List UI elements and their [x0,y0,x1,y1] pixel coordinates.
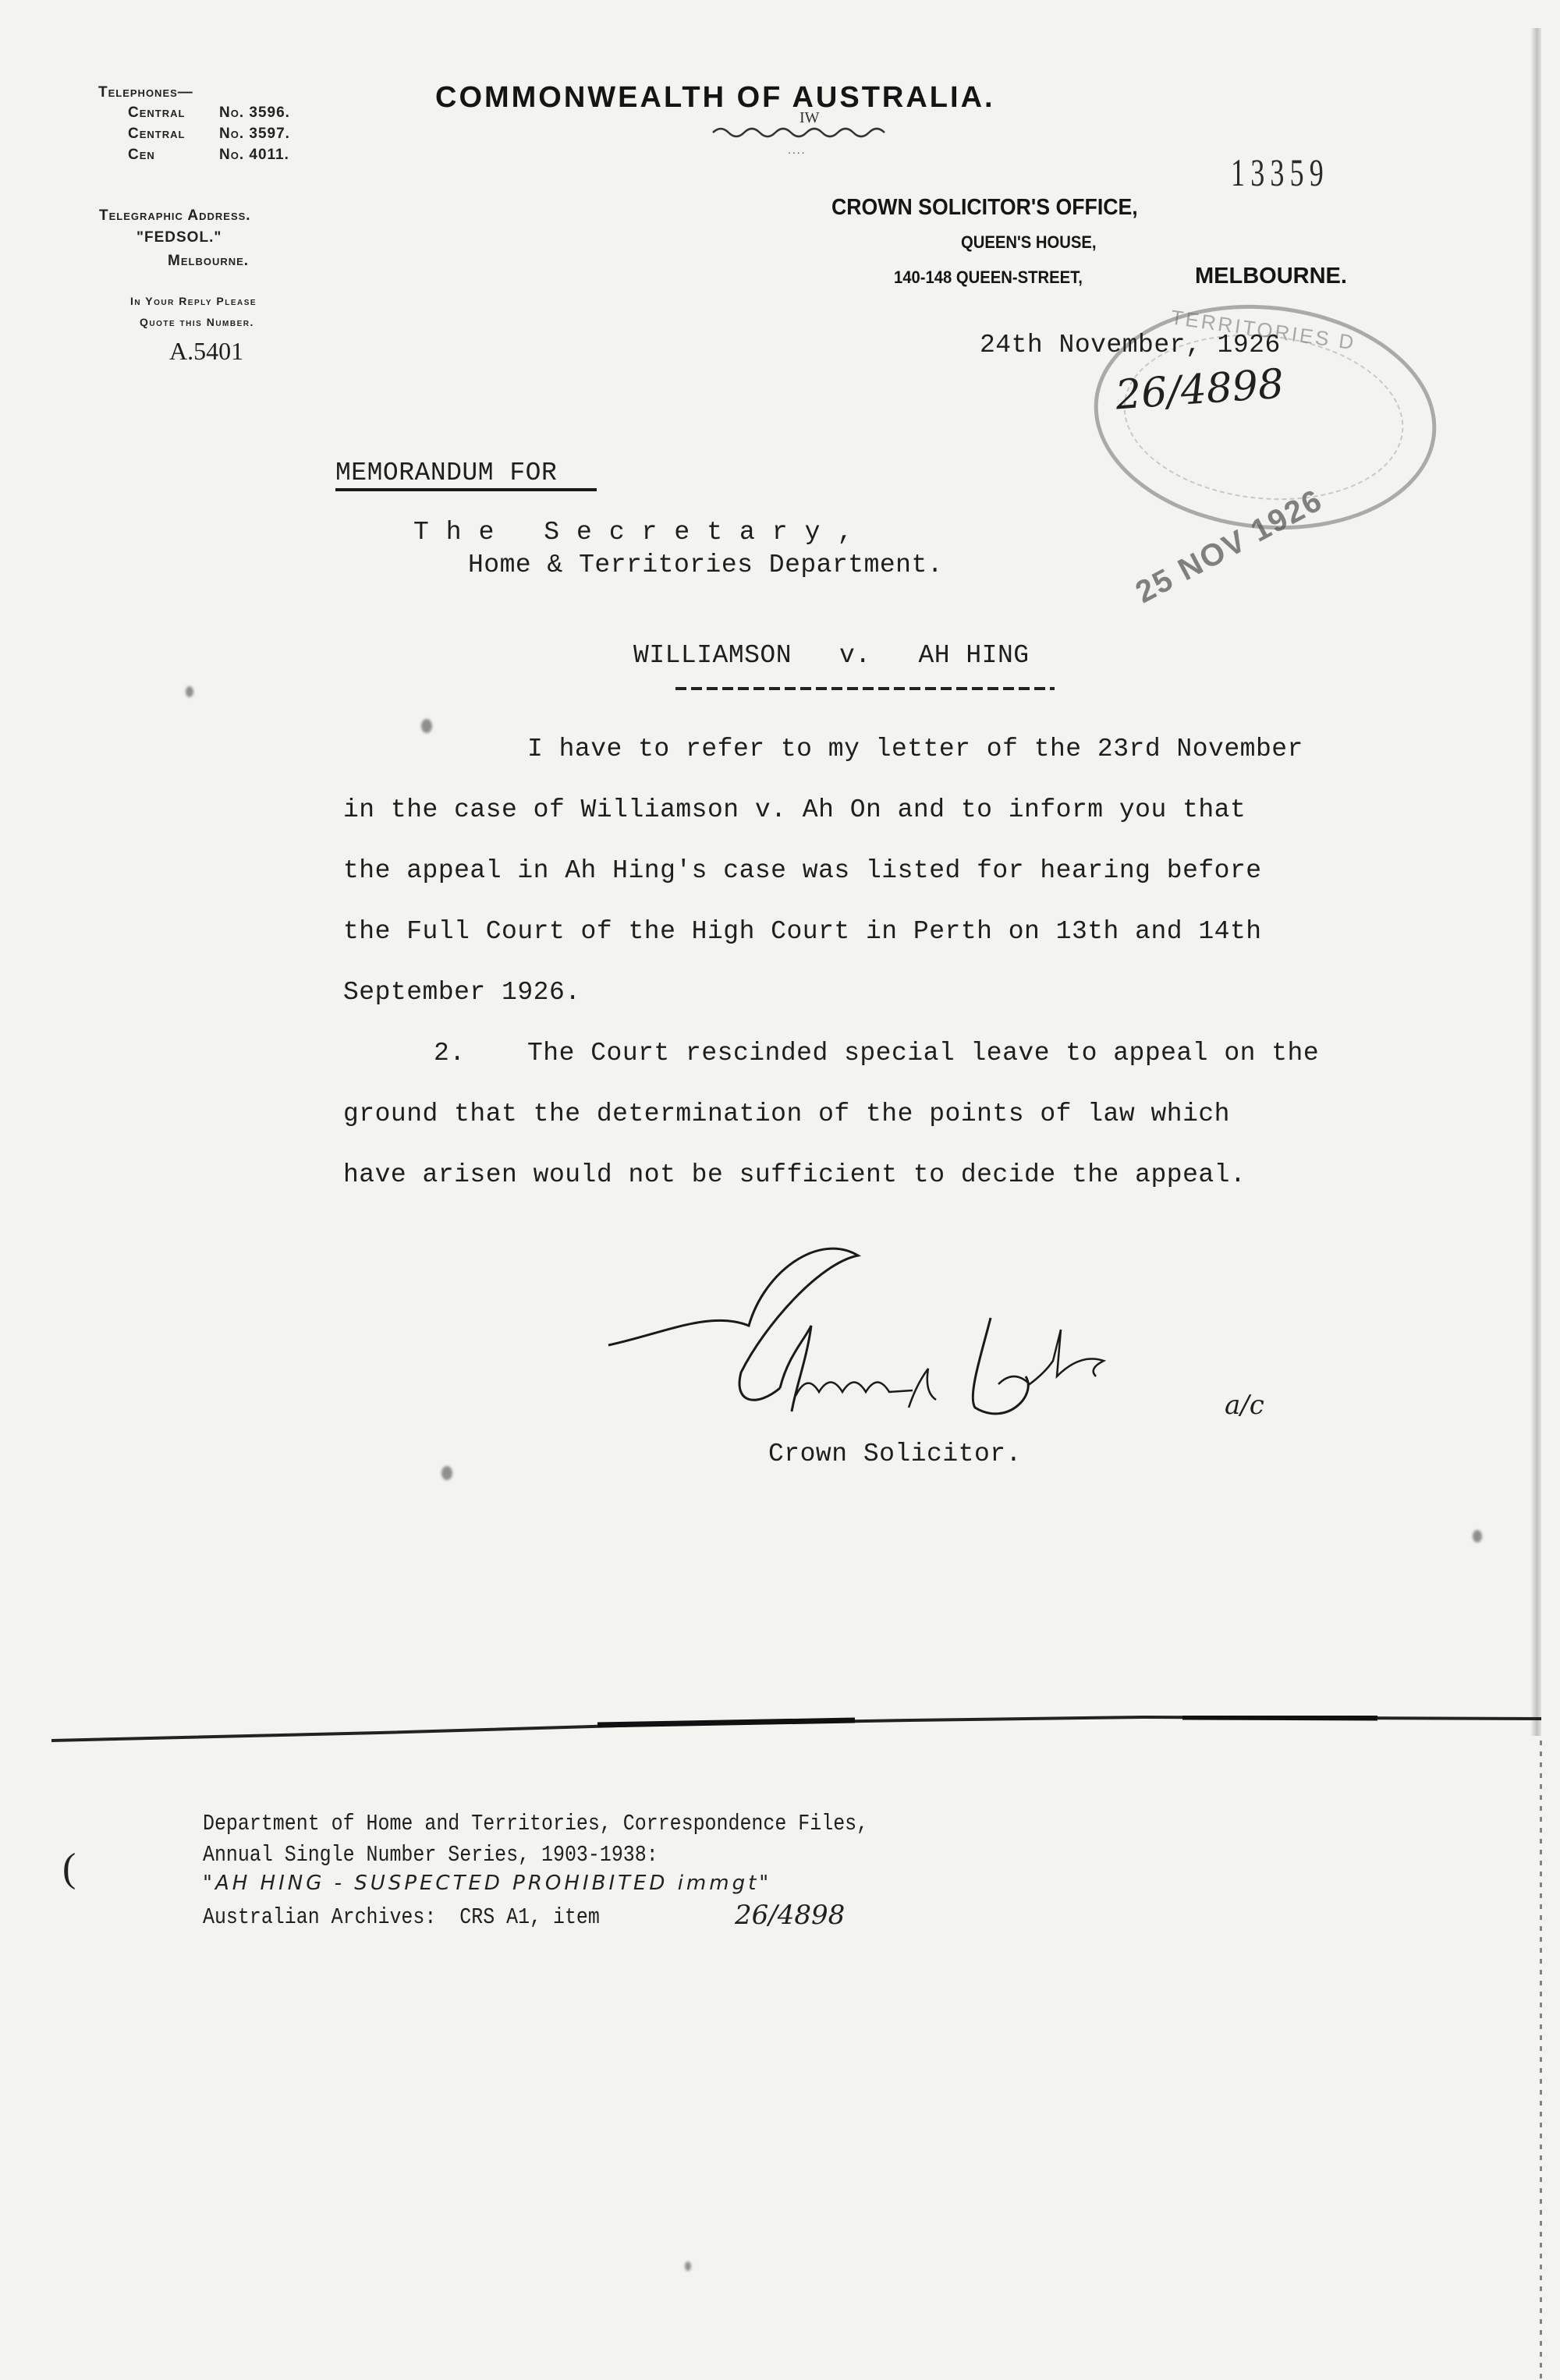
citation-line2: Annual Single Number Series, 1903-1938: [203,1842,658,1868]
body-line: September 1926. [343,978,581,1007]
signature-scrawl [601,1240,1287,1443]
telegraphic-code: "FEDSOL." [136,229,222,246]
reference-number: A.5401 [169,337,243,366]
punch-mark [1473,1530,1482,1542]
memo-heading: MEMORANDUM FOR [335,459,557,487]
letter-date: 24th November, 1926 [980,331,1281,359]
telegraphic-address-label: Telegraphic Address. [99,207,251,225]
office-street: 140-148 QUEEN-STREET, [894,267,1083,288]
telephone-exchange: Cen [128,147,155,164]
wavy-underline-mark [711,125,899,140]
addressee-line2: Home & Territories Department. [468,551,943,579]
punch-mark [685,2261,691,2271]
telegraphic-city: Melbourne. [168,253,249,270]
telephone-exchange: Central [128,126,185,143]
body-line: the appeal in Ah Hing's case was listed … [343,856,1262,885]
file-number: 13359 [1231,150,1329,195]
copy-edge-divider [51,1716,1541,1747]
paragraph-number: 2. [434,1039,466,1068]
signatory-title: Crown Solicitor. [768,1440,1022,1468]
document-page: Telephones— Central No. 3596. Central No… [0,0,1560,2380]
telephone-exchange: Central [128,104,185,122]
citation-line4: Australian Archives: CRS A1, item [203,1904,600,1930]
body-line: The Court rescinded special leave to app… [527,1039,1319,1068]
office-building: QUEEN'S HOUSE, [961,232,1097,253]
office-name: CROWN SOLICITOR'S OFFICE, [831,195,1138,221]
telephone-number: No. 3597. [219,126,290,143]
case-title-rule [675,687,1055,690]
telephone-number: No. 3596. [219,104,290,122]
punch-mark [441,1466,452,1480]
body-line: ground that the determination of the poi… [343,1100,1230,1128]
body-line: the Full Court of the High Court in Pert… [343,917,1262,946]
scan-edge-shadow [1530,28,1541,1736]
memo-heading-underline [335,488,597,491]
binding-bracket-mark: ( [62,1845,76,1891]
telephone-number: No. 4011. [219,147,289,164]
letterhead-title: COMMONWEALTH OF AUSTRALIA. [435,81,995,115]
body-line: I have to refer to my letter of the 23rd… [527,735,1303,763]
body-line: have arisen would not be sufficient to d… [343,1160,1246,1189]
reply-note-line2: Quote this Number. [140,316,254,328]
punch-mark [421,719,432,733]
citation-line1: Department of Home and Territories, Corr… [203,1811,868,1836]
office-city: MELBOURNE. [1195,264,1347,289]
body-line: in the case of Williamson v. Ah On and t… [343,795,1246,824]
telephones-label: Telephones— [98,84,193,101]
addressee-line1: The Secretary, [413,518,870,547]
scan-edge-mark [1540,1741,1542,2380]
reply-note-line1: In Your Reply Please [130,295,257,307]
punch-mark [186,686,193,697]
case-title: WILLIAMSON v. AH HING [633,641,1030,670]
citation-handwritten-title: "AH HING - SUSPECTED PROHIBITED immgt" [203,1872,771,1895]
citation-item-number: 26/4898 [735,1900,845,1931]
dotted-mark: .... [788,143,807,156]
signature-suffix: a/c [1225,1390,1264,1421]
